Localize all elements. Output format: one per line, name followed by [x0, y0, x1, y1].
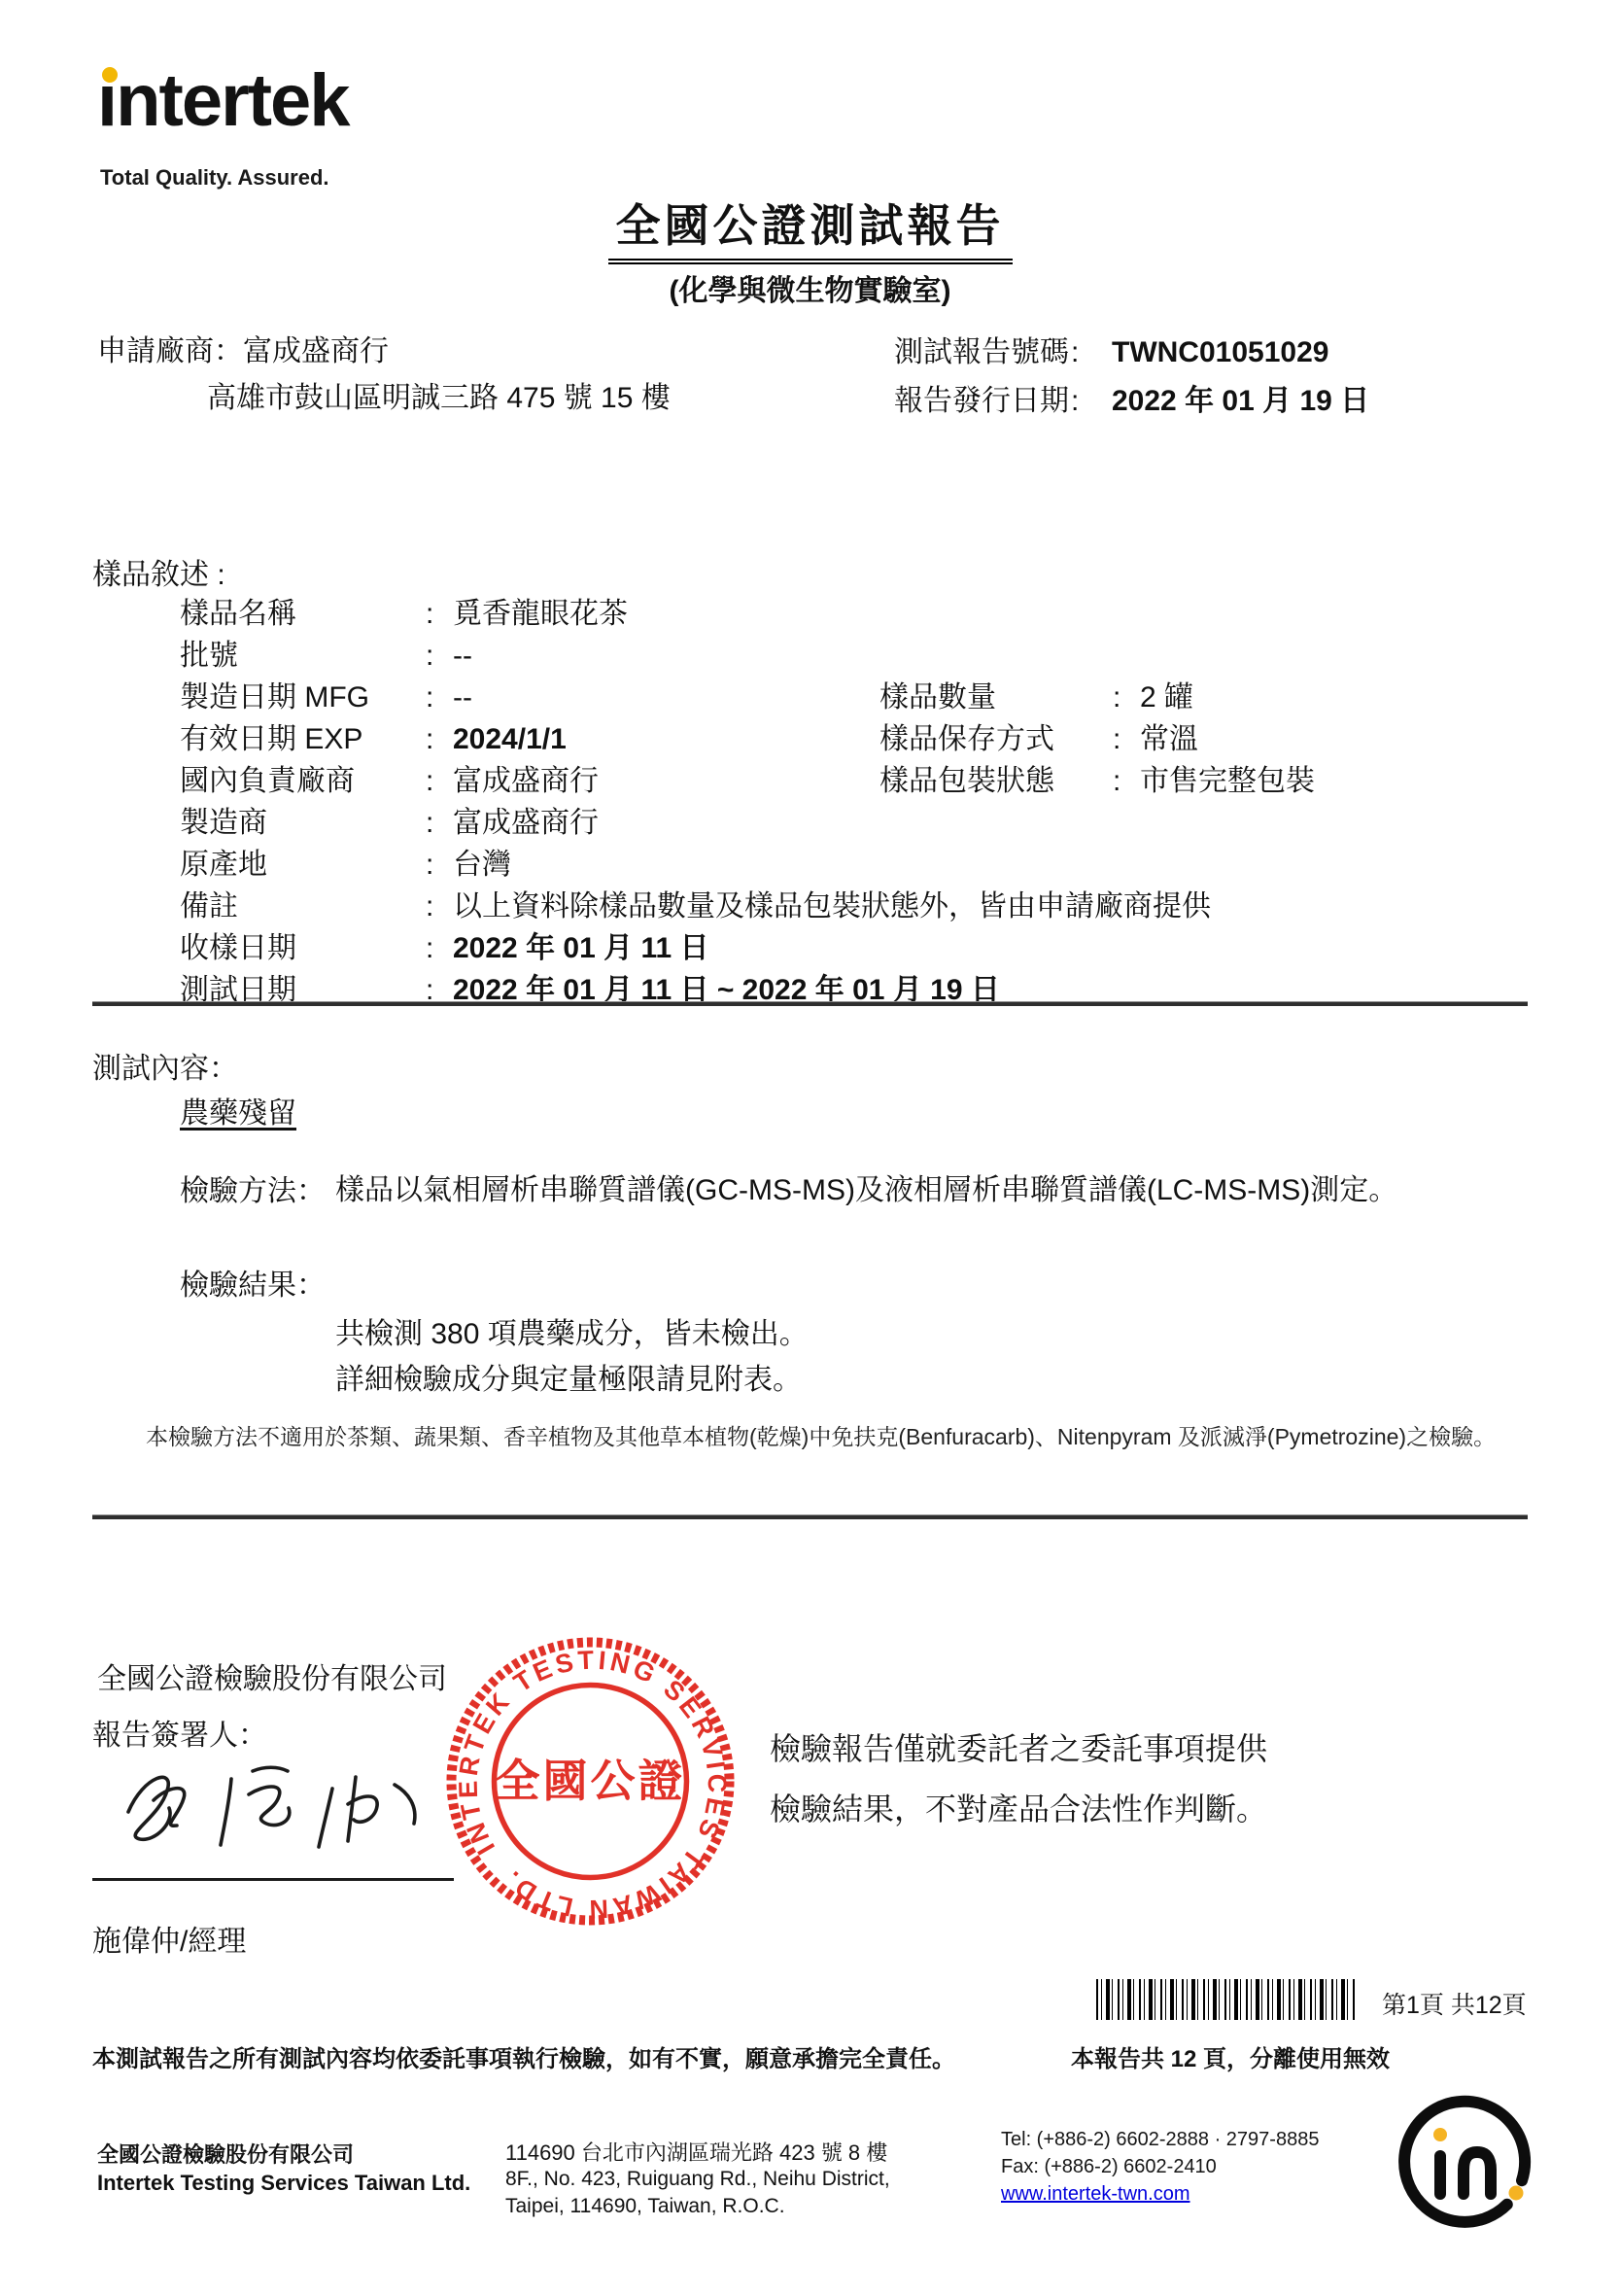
colon: : — [426, 677, 453, 718]
page-subtitle: (化學與微生物實驗室) — [0, 266, 1620, 309]
report-number-row: 測試報告號碼:TWNC01051029 — [894, 329, 1369, 377]
footer-address-en1: 8F., No. 423, Ruiguang Rd., Neihu Distri… — [505, 2168, 890, 2191]
sample-row: 樣品包裝狀態:市售完整包裝 — [879, 760, 1315, 802]
colon: : — [426, 718, 453, 760]
field-value: 以上資料除樣品數量及樣品包裝狀態外，皆由申請廠商提供 — [453, 890, 1211, 922]
field-label: 樣品名稱 — [180, 593, 426, 635]
signature-line — [92, 1878, 454, 1881]
sample-row: 批號:-- — [180, 635, 1211, 677]
sample-row: 備註:以上資料除樣品數量及樣品包裝狀態外，皆由申請廠商提供 — [180, 886, 1211, 927]
field-label: 製造日期 MFG — [180, 677, 426, 718]
result-label: 檢驗結果： — [180, 1261, 326, 1304]
field-value: 常溫 — [1140, 723, 1198, 755]
field-label: 製造商 — [180, 802, 426, 844]
result-line1: 共檢測 380 項農藥成分，皆未檢出。 — [335, 1309, 809, 1352]
field-label: 有效日期 EXP — [180, 718, 426, 760]
field-label: 樣品數量 — [879, 677, 1113, 718]
intertek-in-circle-icon — [1392, 2092, 1537, 2247]
colon: : — [426, 886, 453, 927]
field-value: 市售完整包裝 — [1140, 765, 1315, 797]
footer-company-en: Intertek Testing Services Taiwan Ltd. — [97, 2171, 470, 2196]
applicant-line: 申請廠商：富成盛商行 — [97, 329, 671, 375]
brand-tagline: Total Quality. Assured. — [100, 165, 329, 191]
field-label: 樣品保存方式 — [879, 718, 1113, 760]
field-value: 2 罐 — [1140, 681, 1193, 713]
applicant-address: 高雄市鼓山區明誠三路 475 號 15 樓 — [97, 375, 671, 422]
stamp-center-text: 全國公證 — [496, 1756, 686, 1806]
field-value: 2022 年 01 月 11 日 — [453, 932, 709, 964]
colon: : — [1071, 377, 1112, 426]
field-label: 備註 — [180, 886, 426, 927]
issuer-company: 全國公證檢驗股份有限公司 — [97, 1654, 447, 1697]
test-item: 農藥殘留 — [180, 1089, 296, 1131]
section-divider — [92, 1001, 1528, 1006]
field-value: 2024/1/1 — [453, 723, 567, 755]
signer-name-title: 施偉仲/經理 — [92, 1917, 246, 1960]
field-label: 樣品包裝狀態 — [879, 760, 1113, 802]
colon: : — [426, 760, 453, 802]
report-meta-block: 測試報告號碼:TWNC01051029 報告發行日期:2022 年 01 月 1… — [894, 329, 1369, 426]
report-number-label: 測試報告號碼 — [894, 329, 1071, 377]
intertek-logo-yellow-dot-icon — [102, 67, 118, 83]
field-label: 原產地 — [180, 844, 426, 886]
applicant-label: 申請廠商： — [97, 335, 243, 367]
applicant-block: 申請廠商：富成盛商行 高雄市鼓山區明誠三路 475 號 15 樓 — [97, 329, 671, 422]
company-stamp-seal: INTERTEK TESTING SERVICES TAIWAN LTD. 全國… — [442, 1633, 739, 1930]
colon: : — [1071, 329, 1112, 377]
issue-date-row: 報告發行日期:2022 年 01 月 19 日 — [894, 377, 1369, 426]
sample-row: 樣品名稱:覓香龍眼花茶 — [180, 593, 1211, 635]
page-title: 全國公證測試報告 — [608, 191, 1013, 264]
report-page: intertek Total Quality. Assured. 全國公證測試報… — [0, 0, 1620, 2296]
method-label: 檢驗方法： — [180, 1166, 326, 1209]
sample-row: 收樣日期:2022 年 01 月 11 日 — [180, 927, 1211, 969]
result-line2: 詳細檢驗成分與定量極限請見附表。 — [335, 1355, 802, 1398]
field-value: -- — [453, 681, 472, 713]
colon: : — [426, 802, 453, 844]
footer-tel: Tel: (+886-2) 6602-2888 · 2797-8885 — [1001, 2129, 1319, 2151]
statement-left: 本測試報告之所有測試內容均依委託事項執行檢驗，如有不實，願意承擔完全責任。 — [92, 2039, 955, 2073]
sample-right-column: 樣品數量:2 罐 樣品保存方式:常溫 樣品包裝狀態:市售完整包裝 — [879, 677, 1315, 802]
footer-company-zh: 全國公證檢驗股份有限公司 — [97, 2139, 354, 2169]
colon: : — [426, 593, 453, 635]
colon: : — [426, 844, 453, 886]
sample-section-heading: 樣品敘述 : — [92, 550, 225, 593]
signature — [107, 1742, 457, 1873]
field-label: 收樣日期 — [180, 927, 426, 969]
page-number: 第1頁 共12頁 — [1382, 1986, 1527, 2021]
method-note: 本檢驗方法不適用於茶類、蔬果類、香辛植物及其他草本植物(乾燥)中免扶克(Benf… — [146, 1419, 1506, 1455]
intertek-logo: intertek — [97, 64, 349, 138]
applicant-name: 富成盛商行 — [243, 335, 389, 367]
footer-website-link[interactable]: www.intertek-twn.com — [1001, 2183, 1190, 2206]
colon: : — [1113, 760, 1140, 802]
method-text: 樣品以氣相層析串聯質譜儀(GC-MS-MS)及液相層析串聯質譜儀(LC-MS-M… — [335, 1166, 1443, 1214]
disclaimer-line1: 檢驗報告僅就委託者之委託事項提供 — [770, 1719, 1267, 1779]
colon: : — [1113, 718, 1140, 760]
footer-fax: Fax: (+886-2) 6602-2410 — [1001, 2156, 1217, 2178]
disclaimer-line2: 檢驗結果，不對產品合法性作判斷。 — [770, 1779, 1267, 1839]
footer-address-en2: Taipei, 114690, Taiwan, R.O.C. — [505, 2195, 785, 2218]
sample-row: 樣品保存方式:常溫 — [879, 718, 1315, 760]
footer-address-zh: 114690 台北市內湖區瑞光路 423 號 8 樓 — [505, 2137, 887, 2167]
test-section-heading: 測試內容： — [92, 1044, 238, 1087]
sample-row: 原產地:台灣 — [180, 844, 1211, 886]
colon: : — [1113, 677, 1140, 718]
colon: : — [426, 927, 453, 969]
field-label: 國內負責廠商 — [180, 760, 426, 802]
field-value: 富成盛商行 — [453, 765, 599, 797]
field-value: 台灣 — [453, 849, 511, 881]
sample-row: 樣品數量:2 罐 — [879, 677, 1315, 718]
disclaimer-block: 檢驗報告僅就委託者之委託事項提供 檢驗結果，不對產品合法性作判斷。 — [770, 1719, 1267, 1839]
field-value: 覓香龍眼花茶 — [453, 598, 628, 630]
sample-row: 製造商:富成盛商行 — [180, 802, 1211, 844]
issue-date-value: 2022 年 01 月 19 日 — [1112, 385, 1369, 417]
report-number-value: TWNC01051029 — [1112, 336, 1328, 368]
field-value: -- — [453, 640, 472, 672]
statement-right: 本報告共 12 頁，分離使用無效 — [1071, 2039, 1390, 2073]
barcode — [1096, 1979, 1357, 2020]
section-divider — [92, 1514, 1528, 1519]
field-label: 批號 — [180, 635, 426, 677]
issue-date-label: 報告發行日期 — [894, 377, 1071, 426]
colon: : — [426, 635, 453, 677]
field-value: 富成盛商行 — [453, 807, 599, 839]
sample-left-column: 樣品名稱:覓香龍眼花茶 批號:-- 製造日期 MFG:-- 有效日期 EXP:2… — [180, 593, 1211, 1011]
